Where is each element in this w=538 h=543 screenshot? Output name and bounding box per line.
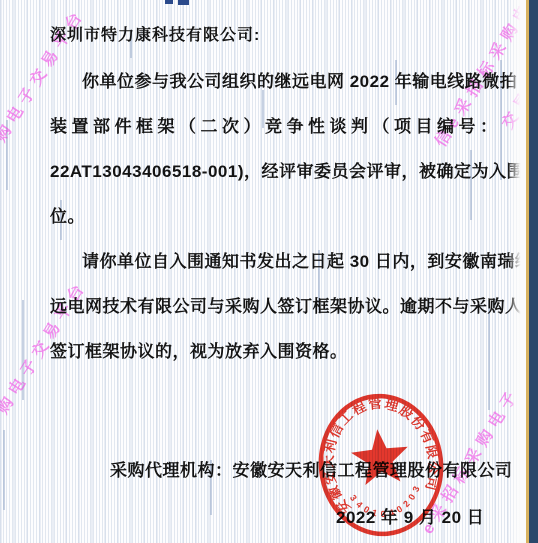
svg-text:3401040203: 3401040203 [347,484,424,523]
page-edge-navy-band [529,0,538,543]
body-line-3: 22AT13043406518-001)，经评审委员会评审，被确定为入围单 [50,157,538,182]
body-line-1: 你单位参与我公司组织的继远电网 2022 年输电线路微拍 [82,67,517,92]
cutoff-ink-mark [178,0,189,5]
page-edge-highlight [508,0,526,543]
recipient-line: 深圳市特力康科技有限公司: [50,22,260,45]
official-seal: 安徽安天利信工程管理股份有限公司 3401040203 [308,385,455,543]
cutoff-ink-mark [165,0,173,4]
body-line-7: 签订框架协议的，视为放弃入围资格。 [50,337,348,362]
star-icon [349,426,411,486]
scan-streak [3,430,5,510]
scanned-notice-page: 购电子交易平台 购电子交易平台 信e采招标采购电子交 e采招标采购电子 交易平台… [0,0,538,543]
body-line-2: 装置部件框架（二次）竞争性谈判（项目编号： [50,112,502,137]
seal-code-number: 3401040203 [347,484,424,523]
body-line-5: 请你单位自入围通知书发出之日起 30 日内，到安徽南瑞继 [82,247,532,272]
body-line-4: 位。 [50,202,85,227]
seal-graphic: 安徽安天利信工程管理股份有限公司 3401040203 [308,385,455,543]
agency-line: 采购代理机构：安徽安天利信工程管理股份有限公司 [110,456,513,481]
body-line-6: 远电网技术有限公司与采购人签订框架协议。逾期不与采购人 [50,292,523,317]
